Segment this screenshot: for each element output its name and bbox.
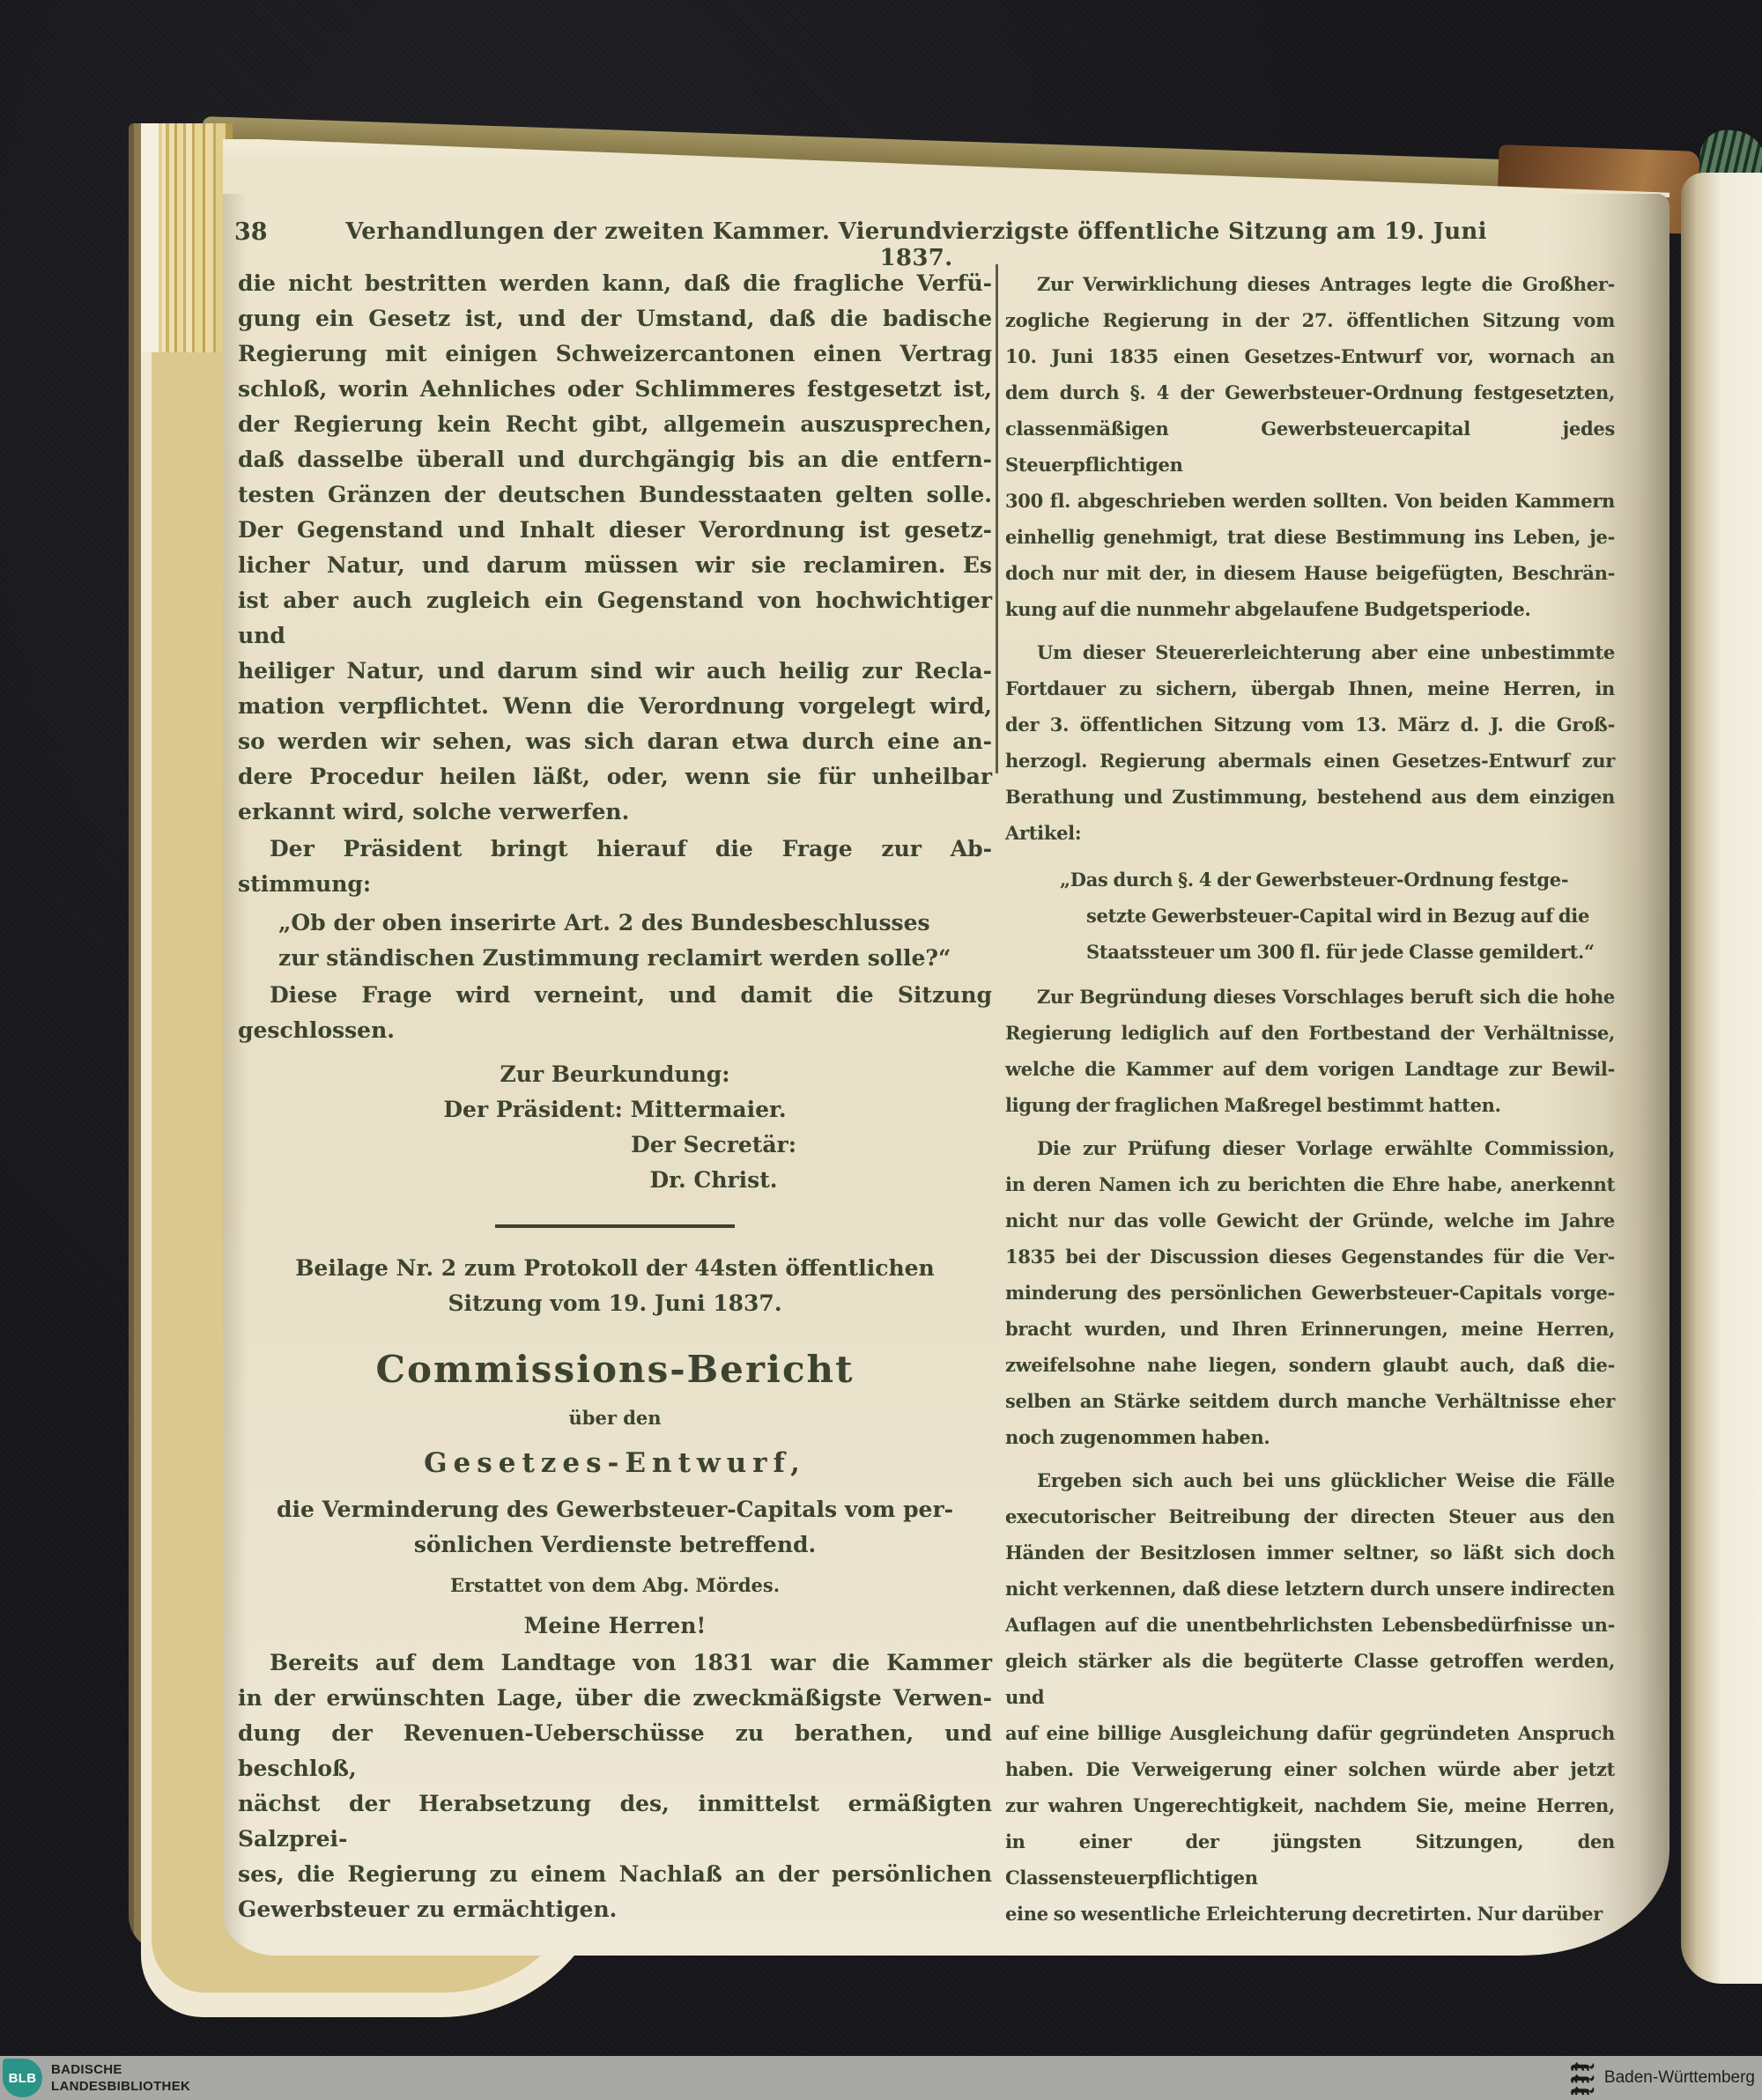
text-line: Regierung mit einigen Schweizercantonen …	[238, 336, 992, 372]
text-line: bracht wurden, und Ihren Erinnerungen, m…	[1005, 1311, 1615, 1347]
text-line: Händen der Besitzlosen immer seltner, so…	[1005, 1534, 1615, 1571]
text-block-center: Beilage Nr. 2 zum Protokoll der 44sten ö…	[238, 1251, 992, 1321]
text-line: stimmung:	[238, 867, 992, 902]
text-line: heiliger Natur, und darum sind wir auch …	[238, 654, 992, 689]
text-line: Der Präsident bringt hierauf die Frage z…	[238, 832, 992, 867]
text-line: Meine Herren!	[238, 1608, 992, 1644]
text-block-rule	[495, 1224, 735, 1228]
text-line: Fortdauer zu sichern, übergab Ihnen, mei…	[1005, 670, 1615, 706]
text-block-center: die Verminderung des Gewerbsteuer-Capita…	[238, 1492, 992, 1563]
text-line: Zur Beurkundung:	[238, 1057, 992, 1092]
text-line: die nicht bestritten werden kann, daß di…	[238, 266, 992, 301]
text-line: Diese Frage wird verneint, und damit die…	[238, 978, 992, 1013]
text-line: Um dieser Steuererleichterung aber eine …	[1005, 634, 1615, 670]
text-line: schloß, worin Aehnliches oder Schlimmere…	[238, 372, 992, 407]
text-line: testen Gränzen der deutschen Bundesstaat…	[238, 477, 992, 513]
text-line: Auflagen auf die unentbehrlichsten Leben…	[1005, 1607, 1615, 1643]
running-header: Verhandlungen der zweiten Kammer. Vierun…	[335, 218, 1498, 271]
text-line: Berathung und Zustimmung, bestehend aus …	[1005, 779, 1615, 815]
text-line: welche die Kammer auf dem vorigen Landta…	[1005, 1051, 1615, 1087]
text-line: nicht verkennen, daß diese letztern durc…	[1005, 1571, 1615, 1607]
text-block-center-right: Dr. Christ.	[337, 1163, 1091, 1198]
baden-wuerttemberg-coat-of-arms-icon	[1569, 2059, 1595, 2096]
page-number: 38	[234, 218, 268, 246]
text-line: in der erwünschten Lage, über die zweckm…	[238, 1681, 992, 1716]
text-line: nächst der Herabsetzung des, inmittelst …	[238, 1786, 992, 1857]
text-line: einhellig genehmigt, trat diese Bestimmu…	[1005, 519, 1615, 555]
library-name-line1: BADISCHE	[51, 2061, 190, 2078]
text-line: „Ob der oben inserirte Art. 2 des Bundes…	[278, 906, 992, 941]
facing-page-edge	[1681, 173, 1762, 1984]
text-block-title-lg: Commissions-Bericht	[238, 1344, 992, 1395]
text-line: executorischer Beitreibung der directen …	[1005, 1498, 1615, 1534]
text-line: 1835 bei der Discussion dieses Gegenstan…	[1005, 1239, 1615, 1275]
text-line: Zur Begründung dieses Vorschlages beruft…	[1005, 979, 1615, 1015]
text-block-cont: die nicht bestritten werden kann, daß di…	[238, 266, 992, 830]
text-line: Dr. Christ.	[337, 1163, 1091, 1198]
text-block-para: Die zur Prüfung dieser Vorlage erwählte …	[1005, 1130, 1615, 1455]
text-block-para: Ergeben sich auch bei uns glücklicher We…	[1005, 1462, 1615, 1932]
text-line: 300 fl. abgeschrieben werden sollten. Vo…	[1005, 483, 1615, 519]
text-line: 10. Juni 1835 einen Gesetzes-Entwurf vor…	[1005, 338, 1615, 374]
text-line: erkannt wird, solche verwerfen.	[238, 795, 992, 830]
text-line: zur ständischen Zustimmung reclamirt wer…	[278, 941, 992, 976]
text-line: doch nur mit der, in diesem Hause beigef…	[1005, 555, 1615, 591]
text-block-para: Um dieser Steuererleichterung aber eine …	[1005, 634, 1615, 851]
text-line: Gewerbsteuer zu ermächtigen.	[238, 1892, 992, 1927]
text-block-para: Der Präsident bringt hierauf die Frage z…	[238, 832, 992, 902]
text-block-para: Diese Frage wird verneint, und damit die…	[238, 978, 992, 1048]
text-line: minderung des persönlichen Gewerbsteuer-…	[1005, 1275, 1615, 1311]
text-block-quote: „Das durch §. 4 der Gewerbsteuer-Ordnung…	[1005, 861, 1615, 970]
text-line: ist aber auch zugleich ein Gegenstand vo…	[238, 583, 992, 654]
blb-logo-icon: BLB	[3, 2059, 42, 2097]
text-line: Zur Verwirklichung dieses Antrages legte…	[1005, 266, 1615, 302]
text-line: der Regierung kein Recht gibt, allgemein…	[238, 407, 992, 442]
column-divider-rule	[996, 264, 998, 773]
text-line: in deren Namen ich zu berichten die Ehre…	[1005, 1166, 1615, 1202]
text-line: mation verpflichtet. Wenn die Verordnung…	[238, 689, 992, 724]
library-name-line2: LANDESBIBLIOTHEK	[51, 2078, 190, 2095]
text-line: haben. Die Verweigerung einer solchen wü…	[1005, 1751, 1615, 1787]
text-line: nicht nur das volle Gewicht der Gründe, …	[1005, 1202, 1615, 1239]
right-text-column: Zur Verwirklichung dieses Antrages legte…	[1005, 266, 1615, 1932]
state-branding: Baden-Württemberg	[1569, 2056, 1755, 2100]
text-line: dere Procedur heilen läßt, oder, wenn si…	[238, 759, 992, 795]
text-block-title-sp: Gesetzes-Entwurf,	[238, 1443, 992, 1483]
library-name: BADISCHE LANDESBIBLIOTHEK	[51, 2061, 190, 2095]
text-line: Bereits auf dem Landtage von 1831 war di…	[238, 1645, 992, 1681]
text-line: Ergeben sich auch bei uns glücklicher We…	[1005, 1462, 1615, 1498]
text-line: herzogl. Regierung abermals einen Gesetz…	[1005, 743, 1615, 779]
text-line: Der Secretär:	[337, 1128, 1091, 1163]
left-text-column: die nicht bestritten werden kann, daß di…	[238, 266, 992, 1927]
text-block-quote: „Ob der oben inserirte Art. 2 des Bundes…	[238, 906, 992, 976]
text-line: Beilage Nr. 2 zum Protokoll der 44sten ö…	[238, 1251, 992, 1286]
blb-logo-text: BLB	[9, 2071, 37, 2086]
text-line: Der Präsident: Mittermaier.	[238, 1092, 992, 1128]
text-line: zweifelsohne nahe liegen, sondern glaubt…	[1005, 1347, 1615, 1383]
text-line: ligung der fraglichen Maßregel bestimmt …	[1005, 1087, 1615, 1123]
text-block-center-sm: über den	[238, 1404, 992, 1432]
text-block-para: Zur Begründung dieses Vorschlages beruft…	[1005, 979, 1615, 1123]
text-line: zur wahren Ungerechtigkeit, nachdem Sie,…	[1005, 1787, 1615, 1823]
text-line: Erstattet von dem Abg. Mördes.	[238, 1571, 992, 1600]
text-line: Artikel:	[1005, 815, 1615, 851]
text-line: classenmäßigen Gewerbsteuercapital jedes…	[1005, 410, 1615, 483]
text-block-center: Meine Herren!	[238, 1608, 992, 1644]
text-line: Regierung lediglich auf den Fortbestand …	[1005, 1015, 1615, 1051]
text-line: über den	[238, 1404, 992, 1432]
text-line: geschlossen.	[238, 1013, 992, 1048]
text-line: licher Natur, und darum müssen wir sie r…	[238, 548, 992, 583]
text-line: sönlichen Verdienste betreffend.	[238, 1527, 992, 1563]
digitized-book-scan: 38 Verhandlungen der zweiten Kammer. Vie…	[0, 0, 1762, 2100]
text-block-center: Zur Beurkundung:	[238, 1057, 992, 1092]
text-line: Der Gegenstand und Inhalt dieser Verordn…	[238, 513, 992, 548]
text-line: Staatssteuer um 300 fl. für jede Classe …	[1086, 934, 1603, 970]
text-block-center-sm: Erstattet von dem Abg. Mördes.	[238, 1571, 992, 1600]
text-line: gleich stärker als die begüterte Classe …	[1005, 1643, 1615, 1715]
state-name: Baden-Württemberg	[1604, 2068, 1755, 2088]
text-block-center: Der Präsident: Mittermaier.	[238, 1092, 992, 1128]
text-block-para: Zur Verwirklichung dieses Antrages legte…	[1005, 266, 1615, 627]
text-line: Die zur Prüfung dieser Vorlage erwählte …	[1005, 1130, 1615, 1166]
text-line: setzte Gewerbsteuer-Capital wird in Bezu…	[1086, 898, 1603, 934]
text-line: dem durch §. 4 der Gewerbsteuer-Ordnung …	[1005, 374, 1615, 410]
text-line: gung ein Gesetz ist, und der Umstand, da…	[238, 301, 992, 336]
text-line: die Verminderung des Gewerbsteuer-Capita…	[238, 1492, 992, 1527]
text-line: zogliche Regierung in der 27. öffentlich…	[1005, 302, 1615, 338]
library-footer-bar: BLB BADISCHE LANDESBIBLIOTHEK	[0, 2056, 1762, 2100]
text-block-center-right: Der Secretär:	[337, 1128, 1091, 1163]
text-line: selben an Stärke seitdem durch manche Ve…	[1005, 1383, 1615, 1419]
text-line: dung der Revenuen-Ueberschüsse zu berath…	[238, 1716, 992, 1786]
text-line: „Das durch §. 4 der Gewerbsteuer-Ordnung…	[1086, 861, 1603, 898]
text-line: Gesetzes-Entwurf,	[238, 1443, 992, 1483]
text-line: ses, die Regierung zu einem Nachlaß an d…	[238, 1857, 992, 1892]
text-line: daß dasselbe überall und durchgängig bis…	[238, 442, 992, 477]
text-line: der 3. öffentlichen Sitzung vom 13. März…	[1005, 706, 1615, 743]
text-line: in einer der jüngsten Sitzungen, den Cla…	[1005, 1823, 1615, 1896]
text-line: noch zugenommen haben.	[1005, 1419, 1615, 1455]
text-line: kung auf die nunmehr abgelaufene Budgets…	[1005, 591, 1615, 627]
text-line: eine so wesentliche Erleichterung decret…	[1005, 1896, 1615, 1932]
text-line: auf eine billige Ausgleichung dafür gegr…	[1005, 1715, 1615, 1751]
text-line: Sitzung vom 19. Juni 1837.	[238, 1286, 992, 1321]
text-line: so werden wir sehen, was sich daran etwa…	[238, 724, 992, 759]
text-block-para: Bereits auf dem Landtage von 1831 war di…	[238, 1645, 992, 1927]
text-line: Commissions-Bericht	[238, 1344, 992, 1395]
